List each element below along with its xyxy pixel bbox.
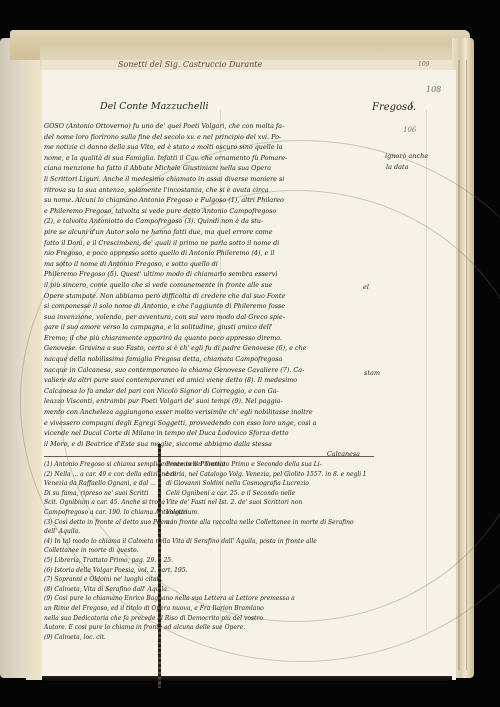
underlying-sheet-title: Sonetti del Sig. Castruccio Durante — [118, 60, 262, 69]
page-heading: Del Conte Mazzuchelli — [100, 101, 209, 112]
body-line: mento con Ancheleza aggiungono esser mol… — [44, 407, 364, 418]
footnote-line: (6) Istoria della Volgar Poesia, vol. 2.… — [44, 566, 374, 576]
folio-number: 108 — [426, 85, 441, 94]
main-body-text: GOSO (Antonio Ottoverno) fu uno de' quei… — [44, 121, 364, 460]
footnote-line: Celii Ognibeni a car. 25. e il Secondo n… — [166, 489, 366, 499]
footnote-line: nella sua Dedicatoria che fa precede al … — [44, 614, 374, 624]
body-line: Opere stampate. Non abbiamo però diffico… — [44, 291, 364, 302]
footnote-line: (5) Libreria, Trattato Primo, pag. 29. e… — [44, 556, 374, 566]
body-line: del nome loro fiorirono sulla fine del s… — [44, 132, 364, 143]
body-line: sua invenzione, volendo, per avventura, … — [44, 312, 364, 323]
body-line: fatto il Doni, e il Crescimbeni, de' qua… — [44, 238, 364, 249]
page-mark: f — [410, 101, 413, 110]
underlying-sheet-folio: 109 — [418, 61, 429, 68]
page-number: 106 — [403, 126, 416, 134]
body-line: Calcanesa — [44, 449, 364, 460]
body-line: e Phileremo Fregoso, talvolta si vede pu… — [44, 206, 364, 217]
footnote-line: un Rime del Fregoso, ed il titolo di Ope… — [44, 604, 374, 614]
body-line: il più sincero, come quello che si vede … — [44, 280, 364, 291]
footnote-separator-rule — [44, 456, 374, 457]
body-line: Eremo; il che più chiaramente apparirà d… — [44, 333, 364, 344]
footnotes-right-column: Proemio nel Trattato Primo e Secondo del… — [166, 460, 366, 527]
footnote-line: Vite de' Fasti nel Ist. 2. de' suoi Scri… — [166, 498, 366, 508]
margin-note: la data — [386, 163, 409, 171]
body-line: nio Fregoso, e poco appresso sotto quell… — [44, 248, 364, 259]
body-line: su nome. Alcuni lo chiamano Antonio Freg… — [44, 195, 364, 206]
body-line: leazzo Visconti, entrambi pur Poeti Volg… — [44, 396, 364, 407]
footnote-line: Autore. E così pure lo chiama in fronte … — [44, 623, 374, 633]
body-line: me notizie ci danno della sua Vita, ed è… — [44, 142, 364, 153]
body-line: nome, e la qualità di sua Famiglia. Infa… — [44, 153, 364, 164]
body-line: nacque in Calcanesa, suo contemporaneo l… — [44, 365, 364, 376]
footnote-line: (9) Calmeta, loc. cit. — [44, 633, 374, 643]
binding-stitch-thread — [158, 444, 161, 688]
footnote-line: dell' Aquila. — [44, 527, 374, 537]
footnote-line: Volgarium. — [166, 508, 366, 518]
body-line: valiere da altri pure suoi contemporanei… — [44, 375, 364, 386]
footnote-line: (9) Così pure lo chiamano Enrico Bagnano… — [44, 594, 374, 604]
body-line: ritrova su la sua antenza, solamente l'i… — [44, 185, 364, 196]
body-line: vicende nel Ducal Corte di Milano in tem… — [44, 428, 364, 439]
footnote-line: Proemio nel Trattato Primo e Secondo del… — [166, 460, 366, 470]
footnote-line: di Giovanni Soldini nella Cosmografia Lu… — [166, 479, 366, 489]
body-line: Calcanesa lo fa andar del pari con Nicol… — [44, 386, 364, 397]
body-line: GOSO (Antonio Ottoverno) fu uno de' quei… — [44, 121, 364, 132]
footnote-line: breria, nel Catalogo Volg. Venezia, pel … — [166, 470, 366, 480]
body-line: ciana menzione ha fatto il Abbate Michel… — [44, 163, 364, 174]
body-line: si componesse il solo nome di Antonio, e… — [44, 301, 364, 312]
footnote-line: e in fronte alla raccolta nelle Colletta… — [166, 518, 366, 528]
body-line: ma sotto il nome di Antonio Fregoso, e s… — [44, 259, 364, 270]
body-line: il Moro, e di Beatrice d'Este sua moglie… — [44, 439, 364, 450]
page-bottom-shadow — [42, 676, 452, 682]
body-line: gare il suo amore verso la campagna, e l… — [44, 322, 364, 333]
body-line: e vivessero compagni degli Egregi Sogget… — [44, 418, 364, 429]
footnote-line: Collettanee in morte di questo. — [44, 546, 374, 556]
margin-note: stam — [364, 369, 380, 377]
footnote-line: (7) Sopranni e Oldoini ne' luoghi citati… — [44, 575, 374, 585]
body-line: li Scrittori Liguri. Anche il medesimo c… — [44, 174, 364, 185]
body-line: (2), e talvolta Antoniotto da Campofrego… — [44, 216, 364, 227]
body-line: Genovese. Gravina a suo Fasto, certo si … — [44, 343, 364, 354]
footnote-line: (8) Calmeta, Vita di Serafino dall' Aqui… — [44, 585, 374, 595]
margin-note: ignorò anche — [385, 152, 428, 160]
body-line: pire se alcuni d'un Autor solo ne hanno … — [44, 227, 364, 238]
body-line: nacque della nobilissima famiglia Fregos… — [44, 354, 364, 365]
body-line: Phileremo Fregoso (5). Quest' ultimo mod… — [44, 269, 364, 280]
footnote-line: (4) In tal modo lo chiama il Calmeta nel… — [44, 537, 374, 547]
